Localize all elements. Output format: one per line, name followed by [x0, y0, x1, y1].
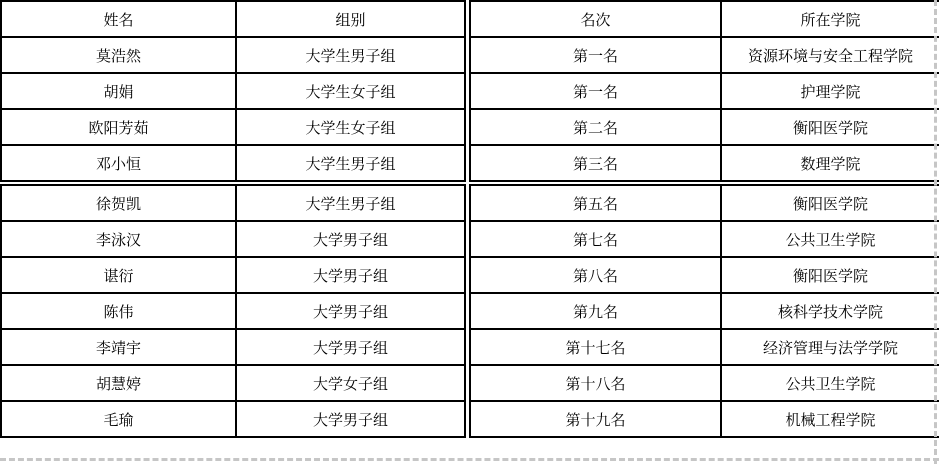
- table-cell[interactable]: 胡娟: [1, 73, 236, 109]
- table-cell[interactable]: 衡阳医学院: [721, 109, 939, 145]
- table-cell[interactable]: 邓小恒: [1, 145, 236, 183]
- results-table: 姓名 组别 莫浩然大学生男子组胡娟大学生女子组欧阳芳茹大学生女子组邓小恒大学生男…: [0, 0, 939, 438]
- table-cell[interactable]: 大学生男子组: [236, 183, 465, 221]
- table-cell[interactable]: 大学男子组: [236, 257, 465, 293]
- table-row: 第七名公共卫生学院: [470, 221, 939, 257]
- table-cell[interactable]: 大学生男子组: [236, 37, 465, 73]
- col-header-group[interactable]: 组别: [236, 1, 465, 37]
- table-cell[interactable]: 第二名: [470, 109, 721, 145]
- table-cell[interactable]: 护理学院: [721, 73, 939, 109]
- table-row: 毛瑜大学男子组: [1, 401, 465, 437]
- table-cell[interactable]: 李泳汉: [1, 221, 236, 257]
- table-row: 第十九名机械工程学院: [470, 401, 939, 437]
- table-cell[interactable]: 第一名: [470, 37, 721, 73]
- table-cell[interactable]: 第七名: [470, 221, 721, 257]
- table-cell[interactable]: 核科学技术学院: [721, 293, 939, 329]
- table-cell[interactable]: 李靖宇: [1, 329, 236, 365]
- table-cell[interactable]: 经济管理与法学学院: [721, 329, 939, 365]
- table-cell[interactable]: 第八名: [470, 257, 721, 293]
- page-break-horizontal-line: [0, 458, 939, 461]
- table-cell[interactable]: 陈伟: [1, 293, 236, 329]
- table-row: 陈伟大学男子组: [1, 293, 465, 329]
- table-row: 胡娟大学生女子组: [1, 73, 465, 109]
- col-header-rank[interactable]: 名次: [470, 1, 721, 37]
- table-cell[interactable]: 大学生男子组: [236, 145, 465, 183]
- table-row: 第十八名公共卫生学院: [470, 365, 939, 401]
- table-cell[interactable]: 毛瑜: [1, 401, 236, 437]
- table-cell[interactable]: 莫浩然: [1, 37, 236, 73]
- table-row: 莫浩然大学生男子组: [1, 37, 465, 73]
- page-break-vertical-line: [934, 0, 937, 464]
- table-row: 第九名核科学技术学院: [470, 293, 939, 329]
- table-cell[interactable]: 徐贺凯: [1, 183, 236, 221]
- table-cell[interactable]: 大学女子组: [236, 365, 465, 401]
- table-row: 欧阳芳茹大学生女子组: [1, 109, 465, 145]
- table-row: 胡慧婷大学女子组: [1, 365, 465, 401]
- table-cell[interactable]: 第十七名: [470, 329, 721, 365]
- table-row: 第三名数理学院: [470, 145, 939, 183]
- table-cell[interactable]: 大学男子组: [236, 293, 465, 329]
- table-cell[interactable]: 衡阳医学院: [721, 257, 939, 293]
- table-cell[interactable]: 大学男子组: [236, 221, 465, 257]
- table-cell[interactable]: 衡阳医学院: [721, 183, 939, 221]
- table-cell[interactable]: 大学男子组: [236, 401, 465, 437]
- results-table-left: 姓名 组别 莫浩然大学生男子组胡娟大学生女子组欧阳芳茹大学生女子组邓小恒大学生男…: [0, 0, 466, 438]
- table-cell[interactable]: 第九名: [470, 293, 721, 329]
- col-header-college[interactable]: 所在学院: [721, 1, 939, 37]
- table-row: 第二名衡阳医学院: [470, 109, 939, 145]
- table-row: 第一名护理学院: [470, 73, 939, 109]
- table-cell[interactable]: 第十九名: [470, 401, 721, 437]
- table-cell[interactable]: 第十八名: [470, 365, 721, 401]
- col-header-name[interactable]: 姓名: [1, 1, 236, 37]
- table-row: 第十七名经济管理与法学学院: [470, 329, 939, 365]
- table-row: 第五名衡阳医学院: [470, 183, 939, 221]
- table-cell[interactable]: 数理学院: [721, 145, 939, 183]
- table-row: 第八名衡阳医学院: [470, 257, 939, 293]
- table-cell[interactable]: 资源环境与安全工程学院: [721, 37, 939, 73]
- table-row: 谌衍大学男子组: [1, 257, 465, 293]
- table-cell[interactable]: 机械工程学院: [721, 401, 939, 437]
- results-table-right: 名次 所在学院 第一名资源环境与安全工程学院第一名护理学院第二名衡阳医学院第三名…: [469, 0, 939, 438]
- table-row: 徐贺凯大学生男子组: [1, 183, 465, 221]
- table-cell[interactable]: 胡慧婷: [1, 365, 236, 401]
- table-row: 第一名资源环境与安全工程学院: [470, 37, 939, 73]
- table-row: 李靖宇大学男子组: [1, 329, 465, 365]
- header-row: 姓名 组别: [1, 1, 465, 37]
- table-cell[interactable]: 大学生女子组: [236, 73, 465, 109]
- table-cell[interactable]: 第三名: [470, 145, 721, 183]
- table-cell[interactable]: 公共卫生学院: [721, 221, 939, 257]
- table-cell[interactable]: 第五名: [470, 183, 721, 221]
- table-row: 李泳汉大学男子组: [1, 221, 465, 257]
- table-cell[interactable]: 大学男子组: [236, 329, 465, 365]
- table-row: 邓小恒大学生男子组: [1, 145, 465, 183]
- table-cell[interactable]: 谌衍: [1, 257, 236, 293]
- table-cell[interactable]: 欧阳芳茹: [1, 109, 236, 145]
- header-row: 名次 所在学院: [470, 1, 939, 37]
- table-cell[interactable]: 公共卫生学院: [721, 365, 939, 401]
- table-cell[interactable]: 大学生女子组: [236, 109, 465, 145]
- table-cell[interactable]: 第一名: [470, 73, 721, 109]
